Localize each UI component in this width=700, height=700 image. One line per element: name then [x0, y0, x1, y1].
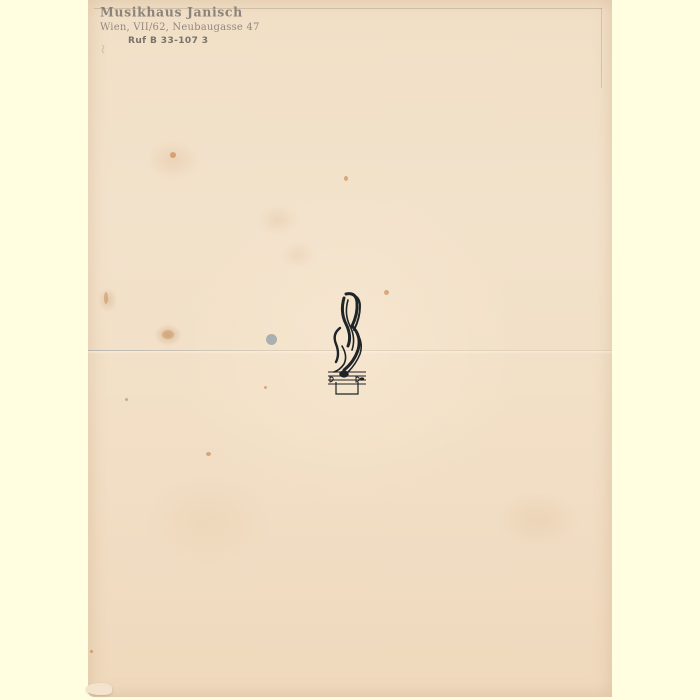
stain-speck: [162, 330, 174, 339]
right-border-line: [601, 8, 602, 88]
dealer-stamp: Musikhaus Janisch Wien, VII/62, Neubauga…: [100, 6, 260, 46]
grey-dot-mark: [266, 334, 277, 345]
stain-speck: [125, 398, 128, 401]
viewport: Musikhaus Janisch Wien, VII/62, Neubauga…: [0, 0, 700, 700]
music-publisher-monogram-icon: [322, 290, 370, 398]
stain-speck: [384, 290, 389, 295]
pencil-mark-icon: [100, 44, 108, 54]
stamp-name: Musikhaus Janisch: [100, 6, 260, 19]
torn-corner: [86, 683, 112, 695]
stamp-address: Wien, VII/62, Neubaugasse 47: [100, 23, 260, 33]
stain-speck: [104, 292, 108, 304]
stamp-phone: Ruf B 33-107 3: [128, 37, 260, 46]
document-sheet: Musikhaus Janisch Wien, VII/62, Neubauga…: [88, 0, 612, 697]
stain-speck: [206, 452, 211, 456]
stain-speck: [90, 650, 93, 653]
stain-speck: [170, 152, 176, 158]
stain-speck: [264, 386, 267, 389]
stain-speck: [344, 176, 348, 181]
